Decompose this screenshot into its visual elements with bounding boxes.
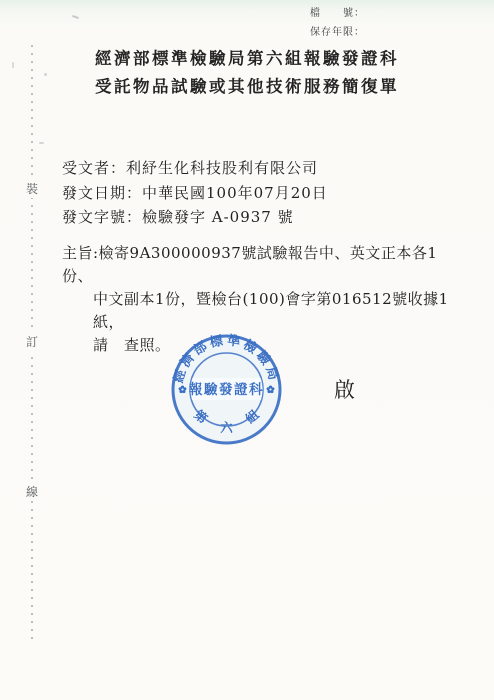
subject-line-2: 中文副本1份，暨檢台(100)會字第016512號收據1紙，	[62, 288, 452, 334]
binding-char-zhuang: 裝	[25, 179, 39, 198]
title-line-1: 經濟部標準檢驗局第六組報驗發證科	[0, 45, 494, 73]
issue-date-line: 發文日期：中華民國100年07月20日	[62, 181, 328, 206]
subject-line-1: 主旨:檢寄9A300000937號試驗報告中、英文正本各1份、	[62, 242, 452, 288]
seal-center-text: 報驗發證科	[189, 381, 264, 398]
scan-speck	[44, 73, 47, 76]
document-title: 經濟部標準檢驗局第六組報驗發證科 受託物品試驗或其他技術服務簡復單	[0, 45, 494, 101]
archival-header: 檔 號： 保存年限：	[310, 4, 460, 42]
binding-char-xian: 線	[25, 482, 39, 501]
scan-speck	[39, 142, 44, 144]
official-seal-stamp: 經濟部標準檢驗局 報驗發證科 第 六 組	[168, 331, 285, 448]
doc-number-line: 發文字號：檢驗發字 A-0937 號	[62, 205, 328, 230]
document-page: 裝 訂 線 檔 號： 保存年限： 經濟部標準檢驗局第六組報驗發證科 受託物品試驗…	[0, 0, 494, 700]
closing-qi-character: 啟	[334, 374, 355, 404]
seal-bottom-char-liu: 六	[220, 420, 233, 435]
document-meta: 受文者：利紓生化科技股利有限公司 發文日期：中華民國100年07月20日 發文字…	[62, 156, 328, 230]
recipient-line: 受文者：利紓生化科技股利有限公司	[62, 156, 328, 181]
scan-speck	[72, 15, 79, 19]
retention-period-label: 保存年限：	[310, 23, 460, 42]
scan-speck	[12, 62, 14, 68]
file-number-label: 檔 號：	[310, 4, 460, 23]
title-line-2: 受託物品試驗或其他技術服務簡復單	[0, 73, 494, 101]
binding-char-ding: 訂	[25, 332, 39, 351]
seal-svg: 經濟部標準檢驗局 報驗發證科 第 六 組	[168, 331, 285, 448]
